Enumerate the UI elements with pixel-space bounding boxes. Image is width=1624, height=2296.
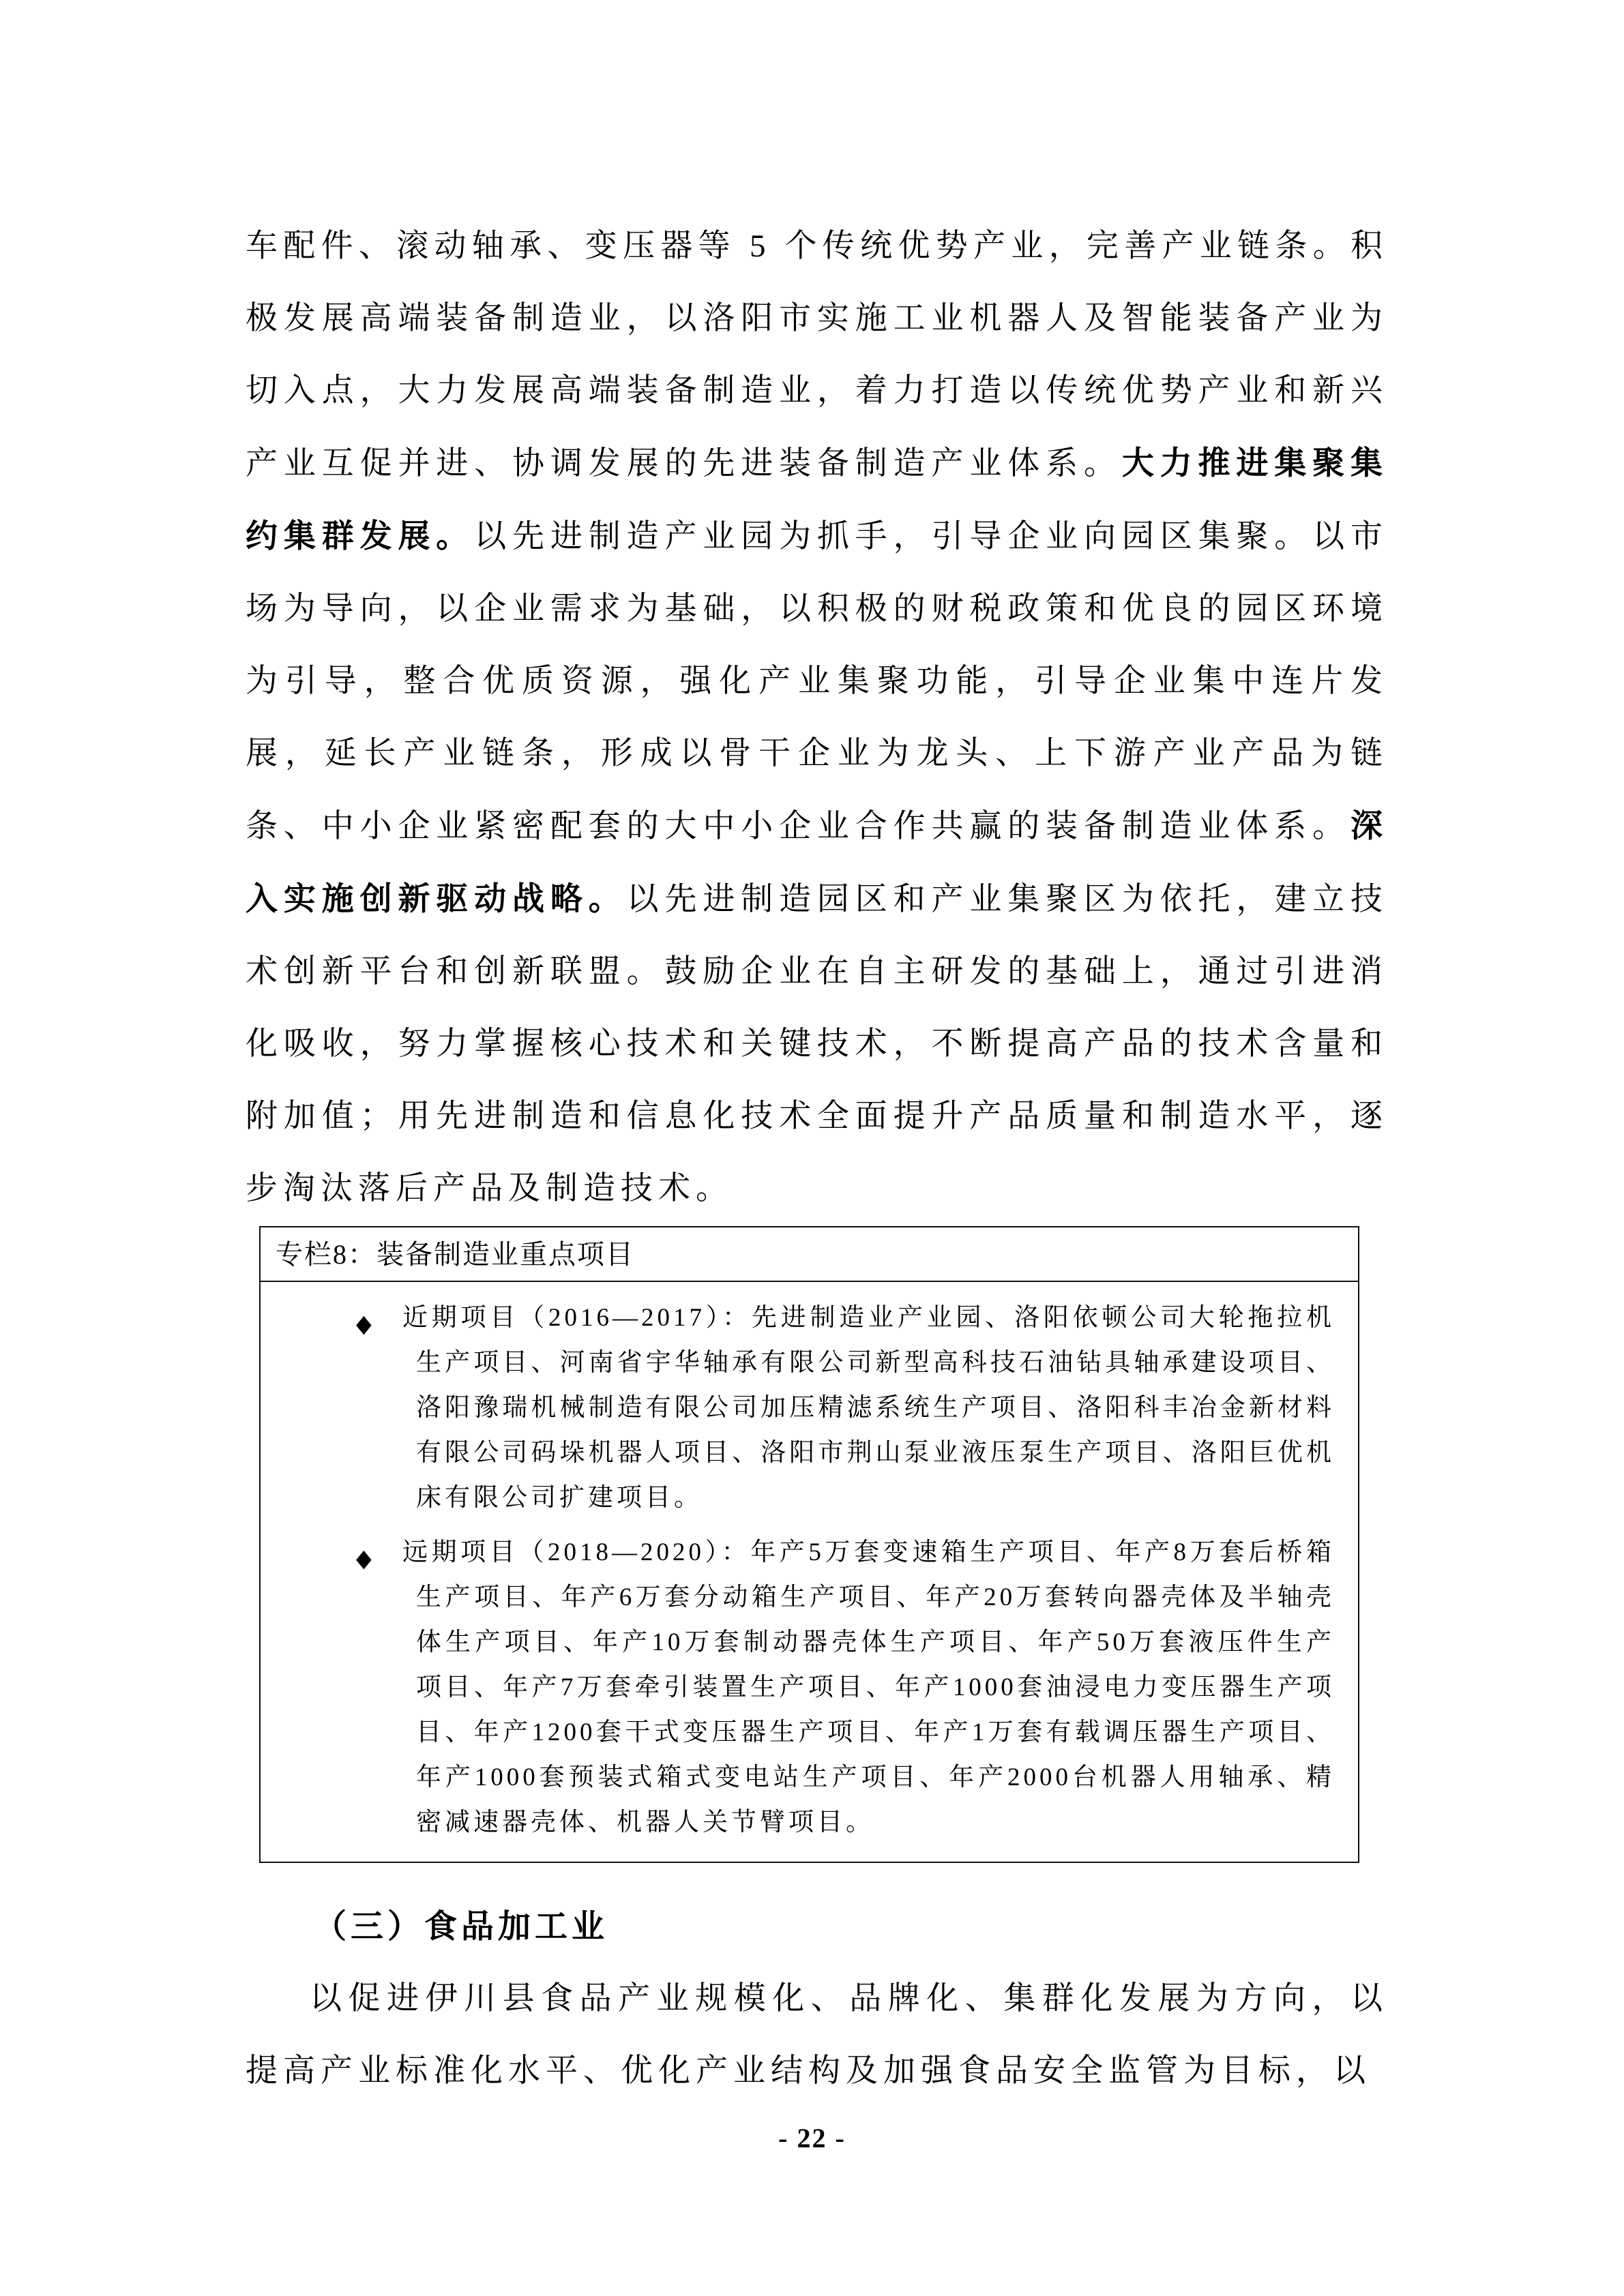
callout-bullet-item: ◆远期项目（2018—2020）：年产5万套变速箱生产项目、年产8万套后桥箱生产… — [261, 1530, 1335, 1845]
callout-box-column8: 专栏8：装备制造业重点项目 ◆近期项目（2016—2017）：先进制造业产业园、… — [259, 1226, 1359, 1863]
page-content-column: 车配件、滚动轴承、变压器等 5 个传统优势产业，完善产业链条。积极发展高端装备制… — [246, 210, 1388, 2107]
diamond-bullet-icon: ◆ — [356, 1301, 374, 1346]
paragraph-food-processing: 以促进伊川县食品产业规模化、品牌化、集群化发展为方向，以提高产业标准化水平、优化… — [246, 1963, 1388, 2107]
document-page: 车配件、滚动轴承、变压器等 5 个传统优势产业，完善产业链条。积极发展高端装备制… — [0, 0, 1624, 2296]
section-heading-food-processing: （三）食品加工业 — [314, 1903, 1388, 1952]
paragraph-equipment-manufacturing: 车配件、滚动轴承、变压器等 5 个传统优势产业，完善产业链条。积极发展高端装备制… — [246, 210, 1388, 1225]
text-run: 以先进制造产业园为抓手，引导企业向园区集聚。以市场为导向，以企业需求为基础，以积… — [246, 519, 1388, 844]
callout-bullet-text: 近期项目（2016—2017）：先进制造业产业园、洛阳依顿公司大轮拖拉机生产项目… — [402, 1304, 1335, 1512]
callout-body: ◆近期项目（2016—2017）：先进制造业产业园、洛阳依顿公司大轮拖拉机生产项… — [261, 1282, 1358, 1862]
diamond-bullet-icon: ◆ — [356, 1536, 374, 1581]
callout-bullet-text: 远期项目（2018—2020）：年产5万套变速箱生产项目、年产8万套后桥箱生产项… — [402, 1538, 1335, 1836]
callout-bullet-item: ◆近期项目（2016—2017）：先进制造业产业园、洛阳依顿公司大轮拖拉机生产项… — [261, 1296, 1335, 1521]
text-run: 以先进制造园区和产业集聚区为依托，建立技术创新平台和创新联盟。鼓励企业在自主研发… — [246, 882, 1388, 1206]
page-number: - 22 - — [0, 2122, 1624, 2154]
text-run: 车配件、滚动轴承、变压器等 5 个传统优势产业，完善产业链条。积极发展高端装备制… — [246, 228, 1388, 481]
callout-title: 专栏8：装备制造业重点项目 — [261, 1227, 1358, 1282]
